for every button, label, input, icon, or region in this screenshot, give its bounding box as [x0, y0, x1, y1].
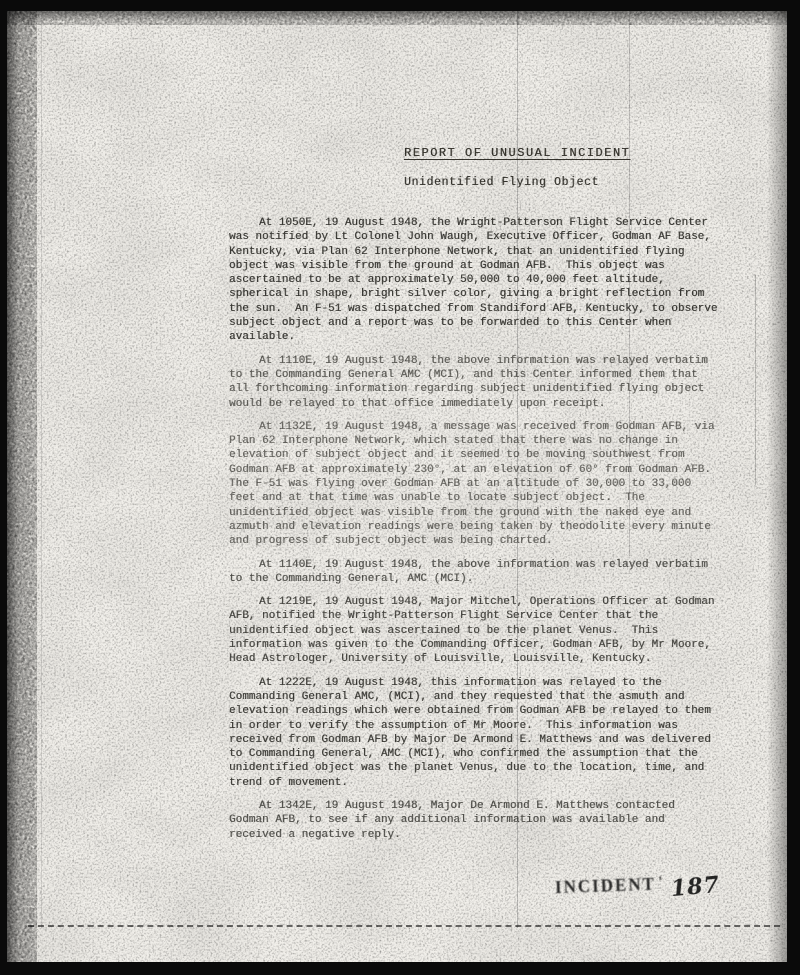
paragraph-6: At 1222E, 19 August 1948, this informati…	[229, 676, 721, 790]
scan-edge-shading-top	[7, 11, 787, 21]
fold-crease-line	[755, 275, 756, 485]
document-subtitle: Unidentified Flying Object	[404, 176, 599, 189]
paragraph-7: At 1342E, 19 August 1948, Major De Armon…	[229, 799, 721, 842]
fold-crease-line	[41, 11, 42, 928]
bottom-fold-dashed-line	[28, 925, 780, 927]
scan-border-top	[0, 0, 800, 11]
incident-stamp: INCIDENT	[555, 874, 657, 899]
scan-border-right	[787, 0, 800, 975]
document-body: At 1050E, 19 August 1948, the Wright-Pat…	[229, 216, 721, 851]
scan-edge-shading-right	[767, 11, 787, 962]
paragraph-2: At 1110E, 19 August 1948, the above info…	[229, 354, 721, 411]
paragraph-4: At 1140E, 19 August 1948, the above info…	[229, 558, 721, 587]
scanned-document: REPORT OF UNUSUAL INCIDENT Unidentified …	[0, 0, 800, 975]
document-title: REPORT OF UNUSUAL INCIDENT	[404, 146, 630, 160]
stamp-smudge-mark: '	[658, 874, 662, 892]
paragraph-3: At 1132E, 19 August 1948, a message was …	[229, 420, 721, 549]
scan-edge-shading-left	[7, 11, 35, 962]
scan-border-left	[0, 0, 7, 975]
paragraph-5: At 1219E, 19 August 1948, Major Mitchel,…	[229, 595, 721, 666]
scan-border-bottom	[0, 962, 800, 975]
incident-number-handwritten: 187	[670, 872, 721, 902]
paragraph-1: At 1050E, 19 August 1948, the Wright-Pat…	[229, 216, 721, 345]
